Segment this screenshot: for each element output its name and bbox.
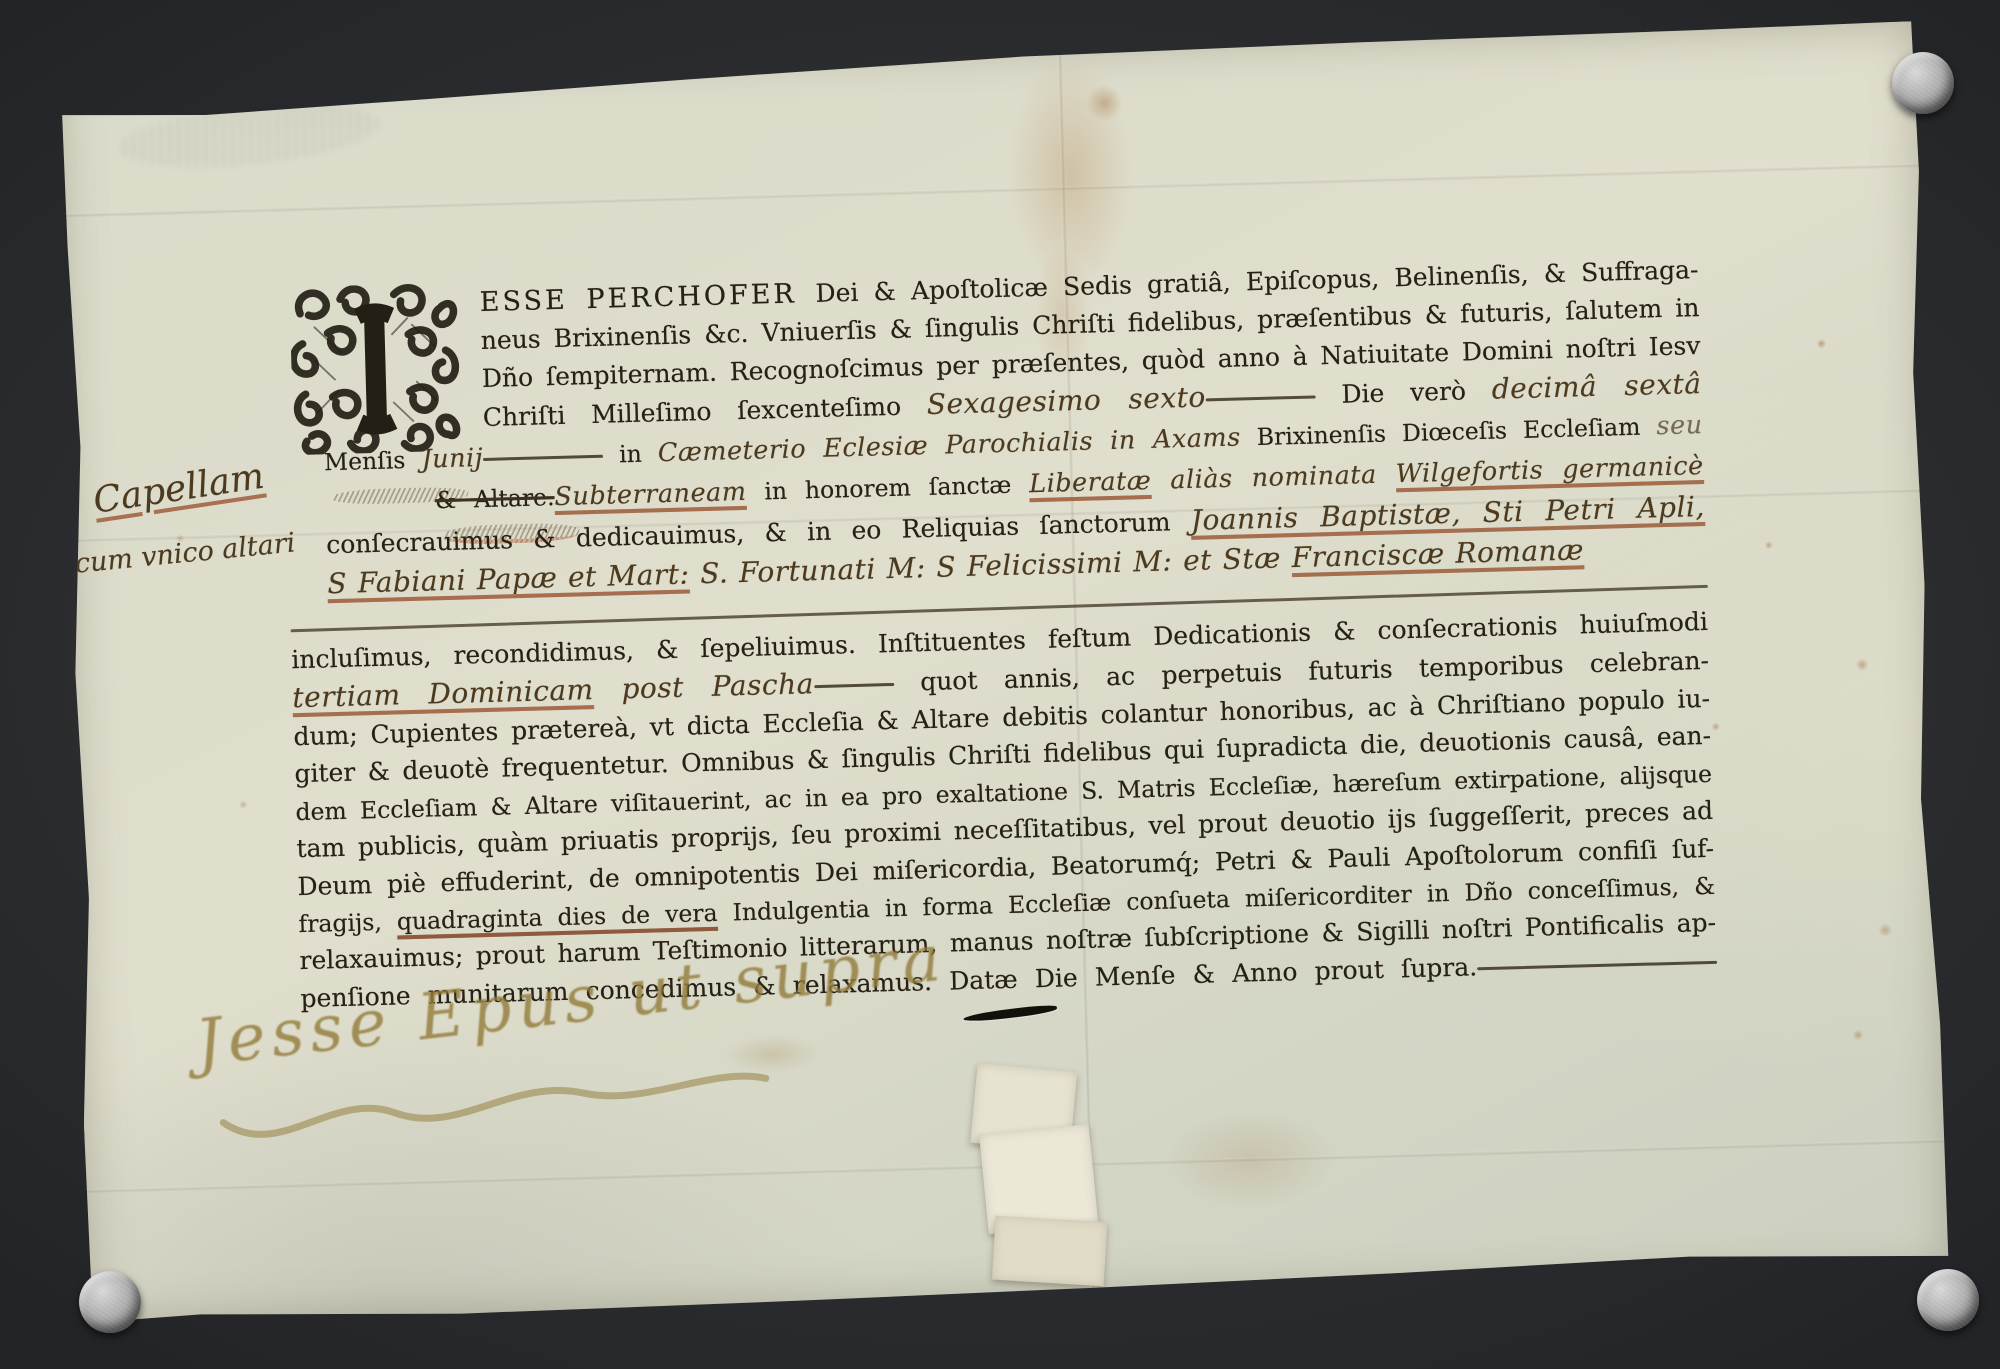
handwritten-text: seu xyxy=(1656,410,1703,441)
ink-dash xyxy=(1206,395,1316,401)
print-text: fragijs, xyxy=(298,907,397,938)
ink-dash xyxy=(1477,961,1717,970)
photograph-background: { "colors": { "background": "#2b2d30", "… xyxy=(0,0,2000,1369)
handwritten-text: Sti Petri Apli, xyxy=(1460,490,1705,530)
metal-fastener-disc xyxy=(1917,1269,1979,1331)
print-text: Die verò xyxy=(1315,376,1492,410)
ink-dash xyxy=(483,455,603,461)
print-text: quadraginta dies de vera xyxy=(397,899,718,936)
handwritten-text: Franciscæ Romanæ xyxy=(1291,533,1584,574)
seal-tag-fold xyxy=(992,1216,1108,1287)
handwritten-text: Cæmeterio Eclesiæ Parochialis in Axams xyxy=(657,422,1241,468)
horizontal-fold-crease xyxy=(59,163,1920,218)
metal-fastener-disc xyxy=(79,1271,141,1333)
print-text: Chriſti Milleſimo ſexcenteſimo xyxy=(483,391,928,432)
seal-slit xyxy=(963,1004,1057,1024)
handwritten-text: Liberatæ xyxy=(1029,466,1152,499)
handwritten-text: tertiam Dominicam xyxy=(292,673,594,714)
print-text: ESSE PERCHOFER xyxy=(479,278,816,318)
print-text: in honorem ſanctæ xyxy=(746,470,1029,506)
handwritten-text: aliàs nominata xyxy=(1151,459,1396,496)
handwritten-text: Joannis Baptistæ, xyxy=(1190,497,1461,537)
folded-seal-tag xyxy=(959,1066,1105,1292)
print-text: Menſis xyxy=(324,446,422,477)
handwritten-text: post Pascha xyxy=(593,667,814,706)
print-text-struck: & Altare. xyxy=(435,483,555,514)
metal-fastener-disc xyxy=(1892,52,1954,114)
handwritten-text: Sexagesimo sexto xyxy=(926,380,1206,421)
handwritten-text: Junij xyxy=(421,443,483,475)
handwritten-text: Wilgefortis germanicè xyxy=(1395,451,1704,489)
print-text: in xyxy=(603,439,659,468)
woodcut-initial-I xyxy=(289,283,461,455)
margin-note-capellam: Capellam xyxy=(91,456,267,522)
print-text: Brixinenſis Diœceſis Eccleſiam xyxy=(1240,412,1657,451)
parchment-charter: ESSE PERCHOFER Dei & Apoſtolicæ Sedis gr… xyxy=(55,21,1950,1325)
handwritten-text: decimâ sextâ xyxy=(1491,367,1702,406)
handwritten-text: S Fabiani Papæ et Mart: xyxy=(327,557,690,600)
ink-dash xyxy=(814,683,894,688)
handwritten-text: Subterraneam xyxy=(554,477,747,512)
faint-pencil-inscription xyxy=(117,94,381,177)
